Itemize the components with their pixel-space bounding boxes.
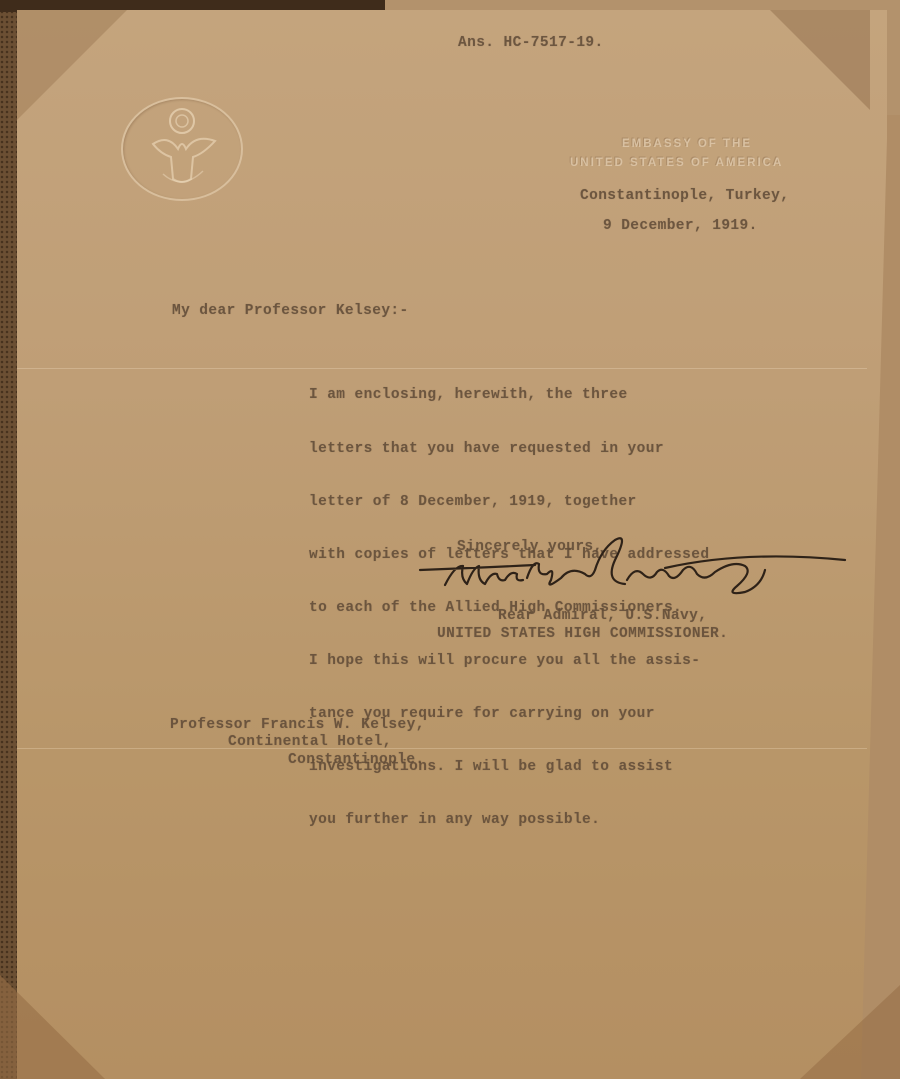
letterhead-line-2: UNITED STATES OF AMERICA [570,157,783,169]
body-line: I am enclosing, herewith, the three [309,387,709,405]
handwritten-signature [415,530,855,610]
great-seal-eagle-icon [121,97,243,201]
addressee-name: Professor Francis W. Kelsey, [170,717,425,733]
salutation: My dear Professor Kelsey:- [172,303,409,319]
body-line: letter of 8 December, 1919, together [309,494,709,512]
body-line: I hope this will procure you all the ass… [309,653,709,671]
addressee-line-3: Constantinople. [288,752,425,768]
letterhead-line-1: EMBASSY OF THE [622,138,752,150]
body-line: letters that you have requested in your [309,441,709,459]
body-line: you further in any way possible. [309,812,709,830]
date-line: 9 December, 1919. [603,218,758,234]
addressee-line-2: Continental Hotel, [228,734,392,750]
signer-office: UNITED STATES HIGH COMMISSIONER. [437,626,728,642]
signer-title: Rear Admiral, U.S.Navy, [498,608,707,624]
reference-number: Ans. HC-7517-19. [458,35,604,51]
place-line: Constantinople, Turkey, [580,188,789,204]
